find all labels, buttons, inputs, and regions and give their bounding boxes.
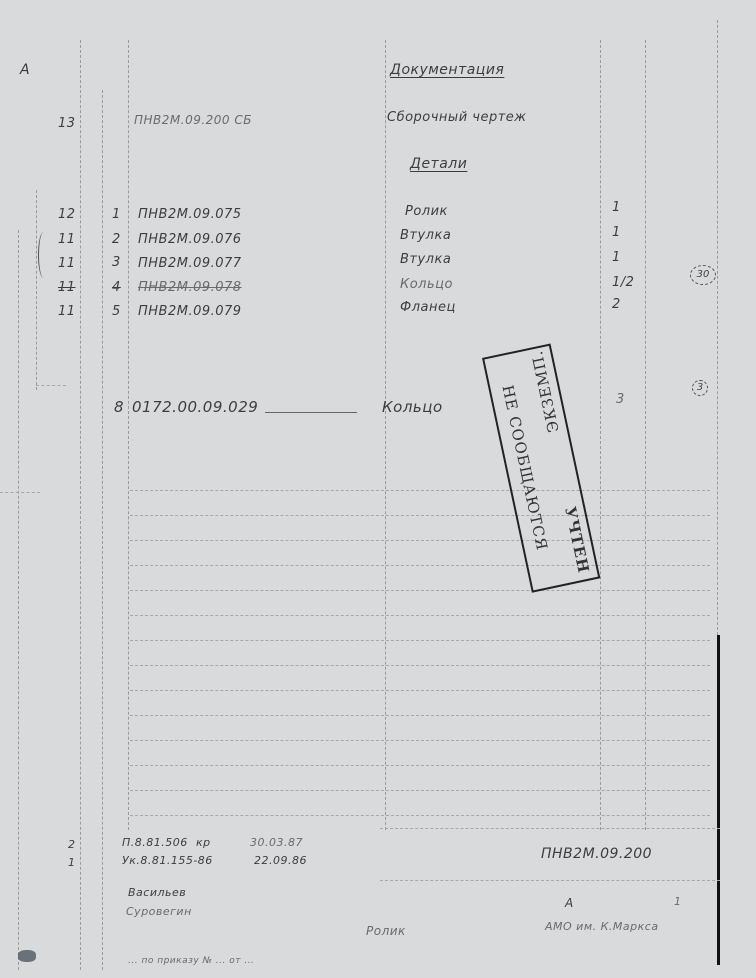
section-heading-documentation: Документация xyxy=(390,62,504,78)
row-designation: ПНВ2М.09.079 xyxy=(138,304,242,319)
row-qty: 1/2 xyxy=(612,275,634,290)
row-name: Ролик xyxy=(405,204,448,219)
change-sign: кр xyxy=(196,836,211,849)
row-designation: ПНВ2М.09.077 xyxy=(138,256,242,271)
section-heading-parts: Детали xyxy=(410,156,467,172)
row-pos: 8 xyxy=(114,398,124,416)
row-qty: 3 xyxy=(616,392,625,407)
row-name: Кольцо xyxy=(400,277,453,292)
row-line xyxy=(130,515,710,516)
column-line-pos xyxy=(102,90,103,970)
row-pos: 2 xyxy=(112,232,121,247)
designation-underline xyxy=(265,412,357,413)
row-format: 11 xyxy=(58,256,76,271)
footer-note: ... по приказу № ... от ... xyxy=(128,956,254,966)
row-name: Фланец xyxy=(400,300,456,315)
column-line-note xyxy=(645,40,646,830)
row-line xyxy=(130,640,710,641)
row-name: Втулка xyxy=(400,252,451,267)
column-line-format xyxy=(80,40,81,970)
column-line-qty xyxy=(600,40,601,830)
change-date: 30.03.87 xyxy=(250,836,303,849)
form-border-line xyxy=(36,190,37,390)
doc-row-designation: ПНВ2М.09.200 СБ xyxy=(134,113,252,127)
doc-row-format: 13 xyxy=(58,116,76,131)
row-designation: ПНВ2М.09.076 xyxy=(138,232,242,247)
row-line xyxy=(130,790,710,791)
row-name: Втулка xyxy=(400,228,451,243)
checker-name: Суровегин xyxy=(126,905,192,918)
row-qty: 2 xyxy=(612,297,621,312)
scan-artifact xyxy=(18,950,36,962)
title-block-line xyxy=(380,880,720,881)
stamp: ЭКЗЕМП. НЕ СООБЩАЮТСЯ УЧТЕН xyxy=(482,343,600,592)
row-pos: 5 xyxy=(112,304,121,319)
row-line xyxy=(130,565,710,566)
row-designation: ПНВ2М.09.078 xyxy=(138,280,242,295)
specification-sheet: А Документация 13 ПНВ2М.09.200 СБ Сбороч… xyxy=(0,0,756,978)
row-line xyxy=(130,740,710,741)
change-doc: Ук.8.81.155-86 xyxy=(122,854,213,867)
row-pos: 3 xyxy=(112,255,121,270)
corner-mark: А xyxy=(20,62,30,78)
change-doc: П.8.81.506 xyxy=(122,836,188,849)
row-line xyxy=(130,715,710,716)
row-format: 12 xyxy=(58,207,76,222)
row-qty: 1 xyxy=(612,250,621,265)
bracket-mark xyxy=(38,232,49,278)
form-right-border xyxy=(717,20,718,640)
title-sheet: 1 xyxy=(674,895,682,908)
developer-name: Васильев xyxy=(128,886,186,899)
form-right-border-bold xyxy=(717,635,720,965)
title-item-name: Ролик xyxy=(366,924,406,938)
row-line xyxy=(130,690,710,691)
row-qty: 1 xyxy=(612,225,621,240)
title-organization: АМО им. К.Маркса xyxy=(545,920,659,933)
column-line-name xyxy=(385,40,386,830)
row-line xyxy=(130,590,710,591)
row-designation: 0172.00.09.029 xyxy=(132,398,258,416)
row-line xyxy=(130,615,710,616)
note-circle-mark: 3 xyxy=(692,380,708,396)
note-circle-mark: 30 xyxy=(690,265,716,285)
column-line-zone xyxy=(128,40,129,830)
change-num: 1 xyxy=(68,856,76,869)
row-line xyxy=(130,540,710,541)
row-designation: ПНВ2М.09.075 xyxy=(138,207,242,222)
row-pos: 4 xyxy=(112,280,121,295)
doc-row-name: Сборочный чертеж xyxy=(387,110,527,125)
stamp-line-1: ЭКЗЕМП. xyxy=(528,349,563,435)
form-tick xyxy=(0,492,40,493)
row-line xyxy=(130,665,710,666)
row-format: 11 xyxy=(58,280,76,295)
row-pos: 1 xyxy=(112,207,121,222)
row-line xyxy=(130,765,710,766)
form-tick xyxy=(36,385,66,386)
form-border-line xyxy=(18,230,19,970)
title-litera: А xyxy=(565,896,574,910)
title-block-line xyxy=(380,828,720,829)
title-designation: ПНВ2М.09.200 xyxy=(541,846,652,862)
change-date: 22.09.86 xyxy=(254,854,307,867)
change-num: 2 xyxy=(68,838,76,851)
row-line xyxy=(130,815,710,816)
row-qty: 1 xyxy=(612,200,621,215)
row-format: 11 xyxy=(58,304,76,319)
row-name: Кольцо xyxy=(382,398,443,416)
row-format: 11 xyxy=(58,232,76,247)
row-line xyxy=(130,490,710,491)
